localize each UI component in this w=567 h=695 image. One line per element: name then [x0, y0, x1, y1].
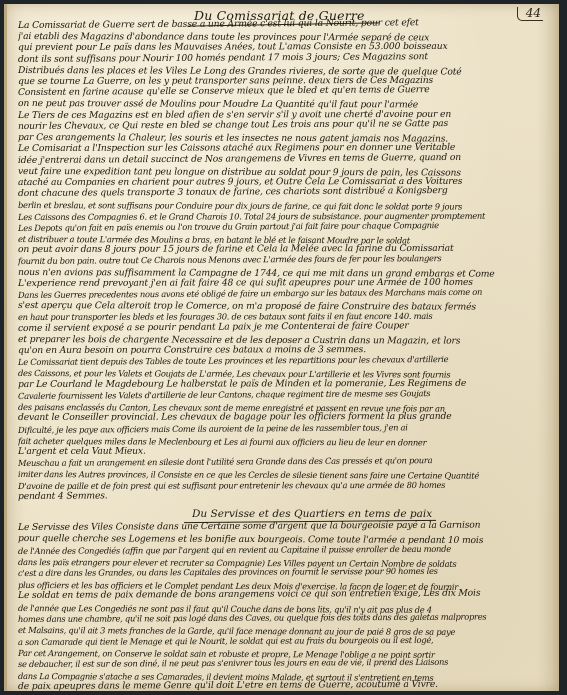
manuscript-line: c'est a dire dans les Grandes, ou dans l…	[18, 565, 548, 580]
manuscript-line: Dans les Guerres precedentes nous avons …	[18, 285, 548, 301]
manuscript-page: 44 Du Comissariat de Guerre La Comissari…	[4, 4, 559, 691]
manuscript-line: Cavalerie fournissent les Valets d'artil…	[18, 386, 548, 402]
manuscript-line: nourir les Chevaux, ce Qui reste en bled…	[18, 117, 548, 133]
manuscript-line: de l'Année des Congediés (affin que par …	[18, 542, 548, 557]
section-heading: Du Servisse et des Quartiers en tems de …	[192, 508, 432, 520]
manuscript-line: homes dans une chambre, qu'il ne soit pa…	[18, 610, 548, 625]
manuscript-line: de paix apeupres dans le meme Genre qu'i…	[18, 678, 548, 693]
manuscript-line: dont chacune des quels transporte 3 tona…	[18, 184, 548, 200]
manuscript-line: Consistent en farine acause qu'elle se C…	[18, 84, 548, 100]
manuscript-line: se debaucher, il est sur de son diné, il…	[18, 656, 548, 671]
section-heading-text: Du Servisse et des Quartiers en tems de …	[192, 508, 432, 520]
manuscript-line: Le soldat en tems de paix demande de bon…	[18, 587, 548, 602]
manuscript-line: Le Servisse des Viles Consiste dans une …	[18, 519, 548, 534]
manuscript-line: La Comissariat de Guerre sert de basse a…	[18, 16, 548, 32]
manuscript-line: a son Camarade qui tient le Menage et qu…	[18, 633, 548, 648]
manuscript-line: Meuschau a fait un arangement en silesie…	[18, 453, 548, 469]
manuscript-line: fournit du bon pain. outre tout Ce Charo…	[18, 252, 548, 268]
binding-edge	[4, 4, 7, 691]
manuscript-line: Le Comissariat tient depuis des Tables d…	[18, 353, 548, 369]
